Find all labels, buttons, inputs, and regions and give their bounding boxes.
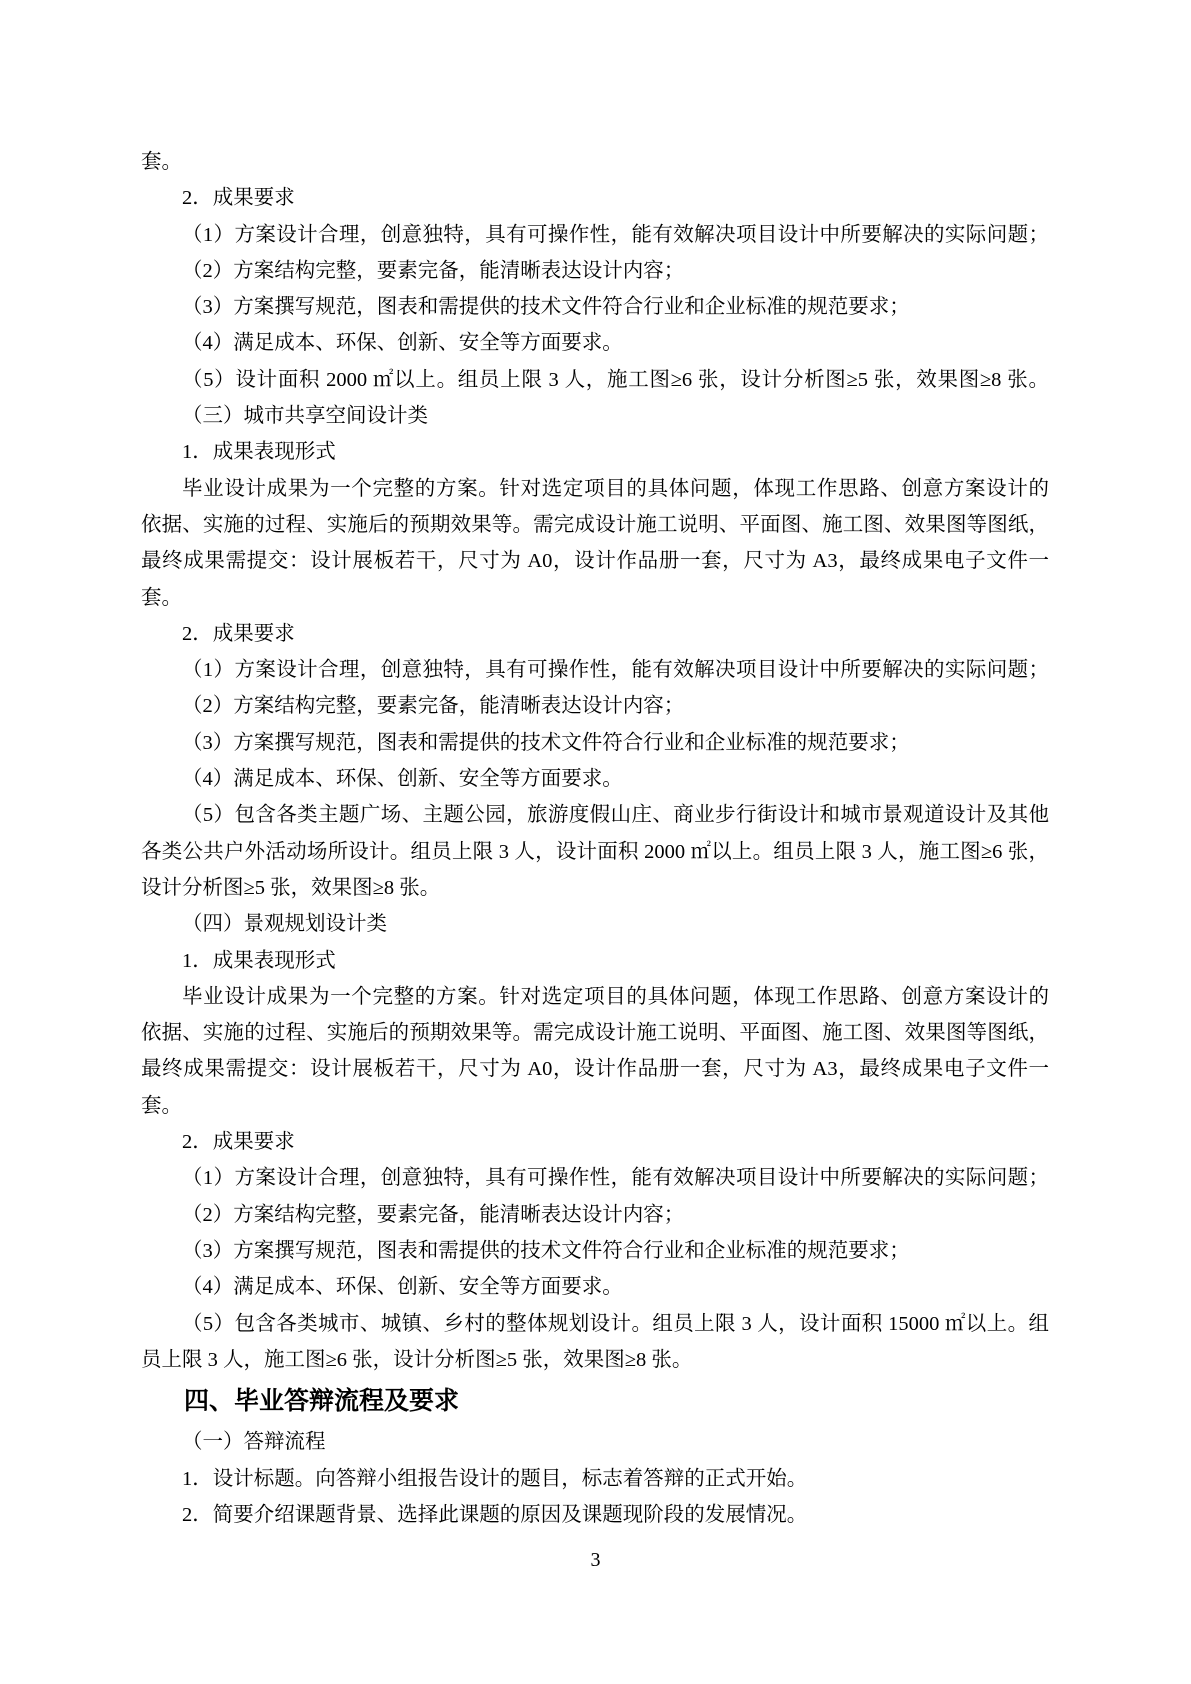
requirement-item: （1）方案设计合理，创意独特，具有可操作性，能有效解决项目设计中所要解决的实际问…	[141, 652, 1049, 688]
requirement-item: （3）方案撰写规范，图表和需提供的技术文件符合行业和企业标准的规范要求；	[141, 725, 1049, 761]
paragraph-line: 依据、实施的过程、实施后的预期效果等。需完成设计施工说明、平面图、施工图、效果图…	[141, 1015, 1049, 1051]
requirement-item: （5）包含各类城市、城镇、乡村的整体规划设计。组员上限 3 人，设计面积 150…	[141, 1306, 1049, 1342]
paragraph-continuation: 套。	[141, 1088, 1049, 1124]
paragraph-continuation: 套。	[141, 144, 1049, 180]
requirement-item: （4）满足成本、环保、创新、安全等方面要求。	[141, 1269, 1049, 1305]
defense-step-item: 2．简要介绍课题背景、选择此课题的原因及课题现阶段的发展情况。	[141, 1497, 1049, 1533]
results-presentation-title: 1．成果表现形式	[141, 943, 1049, 979]
paragraph-line: 员上限 3 人，施工图≥6 张，设计分析图≥5 张，效果图≥8 张。	[141, 1342, 1049, 1378]
paragraph-line: 最终成果需提交：设计展板若干，尺寸为 A0，设计作品册一套，尺寸为 A3，最终成…	[141, 1051, 1049, 1087]
category-title-urban-shared-space: （三）城市共享空间设计类	[141, 398, 1049, 434]
requirement-item: （4）满足成本、环保、创新、安全等方面要求。	[141, 761, 1049, 797]
paragraph-line: 毕业设计成果为一个完整的方案。针对选定项目的具体问题，体现工作思路、创意方案设计…	[141, 471, 1049, 507]
paragraph-line: 依据、实施的过程、实施后的预期效果等。需完成设计施工说明、平面图、施工图、效果图…	[141, 507, 1049, 543]
paragraph-line: 最终成果需提交：设计展板若干，尺寸为 A0，设计作品册一套，尺寸为 A3，最终成…	[141, 543, 1049, 579]
requirement-item: （2）方案结构完整，要素完备，能清晰表达设计内容；	[141, 253, 1049, 289]
paragraph-line: 各类公共户外活动场所设计。组员上限 3 人，设计面积 2000 ㎡以上。组员上限…	[141, 834, 1049, 870]
document-body: 套。 2．成果要求 （1）方案设计合理，创意独特，具有可操作性，能有效解决项目设…	[141, 144, 1049, 1533]
results-requirements-title: 2．成果要求	[141, 616, 1049, 652]
requirement-item: （3）方案撰写规范，图表和需提供的技术文件符合行业和企业标准的规范要求；	[141, 1233, 1049, 1269]
requirement-item: （3）方案撰写规范，图表和需提供的技术文件符合行业和企业标准的规范要求；	[141, 289, 1049, 325]
paragraph-line: 毕业设计成果为一个完整的方案。针对选定项目的具体问题，体现工作思路、创意方案设计…	[141, 979, 1049, 1015]
requirement-item: （4）满足成本、环保、创新、安全等方面要求。	[141, 325, 1049, 361]
requirement-item: （1）方案设计合理，创意独特，具有可操作性，能有效解决项目设计中所要解决的实际问…	[141, 1160, 1049, 1196]
document-page: 套。 2．成果要求 （1）方案设计合理，创意独特，具有可操作性，能有效解决项目设…	[0, 0, 1191, 1684]
requirement-item: （5）设计面积 2000 ㎡以上。组员上限 3 人，施工图≥6 张，设计分析图≥…	[141, 362, 1049, 398]
paragraph-line: 设计分析图≥5 张，效果图≥8 张。	[141, 870, 1049, 906]
page-number: 3	[0, 1548, 1191, 1572]
results-presentation-title: 1．成果表现形式	[141, 434, 1049, 470]
category-title-landscape-planning: （四）景观规划设计类	[141, 906, 1049, 942]
defense-step-item: 1．设计标题。向答辩小组报告设计的题目，标志着答辩的正式开始。	[141, 1461, 1049, 1497]
chapter-heading: 四、毕业答辩流程及要求	[141, 1378, 1049, 1424]
defense-process-title: （一）答辩流程	[141, 1424, 1049, 1460]
requirement-item: （2）方案结构完整，要素完备，能清晰表达设计内容；	[141, 688, 1049, 724]
results-requirements-title: 2．成果要求	[141, 180, 1049, 216]
requirement-item: （1）方案设计合理，创意独特，具有可操作性，能有效解决项目设计中所要解决的实际问…	[141, 217, 1049, 253]
requirement-item: （2）方案结构完整，要素完备，能清晰表达设计内容；	[141, 1197, 1049, 1233]
results-requirements-title: 2．成果要求	[141, 1124, 1049, 1160]
requirement-item: （5）包含各类主题广场、主题公园，旅游度假山庄、商业步行街设计和城市景观道设计及…	[141, 797, 1049, 833]
paragraph-continuation: 套。	[141, 580, 1049, 616]
